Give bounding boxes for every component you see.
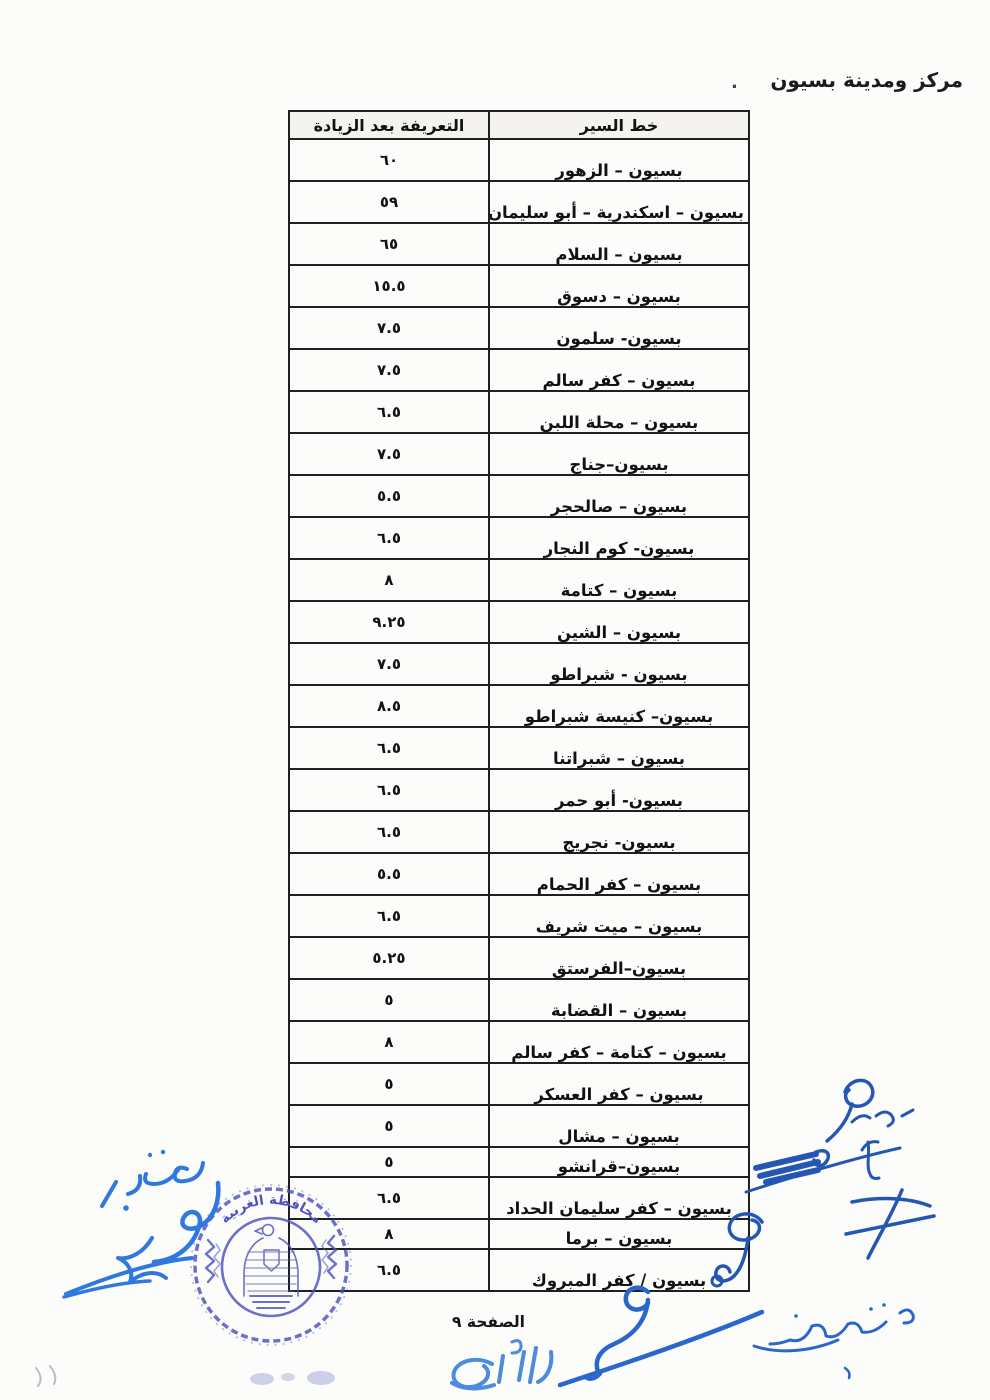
tariff-cell: ٥.٥: [289, 853, 489, 895]
route-cell: بسيون – كفر العسكر: [489, 1063, 749, 1105]
tariff-cell: ٨: [289, 1021, 489, 1063]
tariff-cell: ٥.٢٥: [289, 937, 489, 979]
tariff-cell: ٧.٥: [289, 433, 489, 475]
route-cell: بسيون – كفر سالم: [489, 349, 749, 391]
table-row: بسيون – محلة اللبن ٦.٥: [289, 391, 749, 433]
tariff-cell: ٩.٢٥: [289, 601, 489, 643]
route-cell: بسيون – صالحجر: [489, 475, 749, 517]
table-row: بسيون – كتامة ٨: [289, 559, 749, 601]
table-row: بسيون – اسكندرية – أبو سليمان ٥٩: [289, 181, 749, 223]
table-row: بسيون- سلمون ٧.٥: [289, 307, 749, 349]
route-cell: بسيون – الشين: [489, 601, 749, 643]
table-row: بسيون- كوم النجار ٦.٥: [289, 517, 749, 559]
route-cell: بسيون – كفر الحمام: [489, 853, 749, 895]
tariff-cell: ٥: [289, 1105, 489, 1147]
tariff-cell: ٦.٥: [289, 391, 489, 433]
tariff-cell: ٨: [289, 559, 489, 601]
pencil-mark: [36, 1366, 55, 1386]
tariff-cell: ٦.٥: [289, 769, 489, 811]
table-row: بسيون – كفر العسكر ٥: [289, 1063, 749, 1105]
table-row: بسيون – كفر الحمام ٥.٥: [289, 853, 749, 895]
table-row: بسيون - شبراطو ٧.٥: [289, 643, 749, 685]
table-row: بسيون – كتامة – كفر سالم ٨: [289, 1021, 749, 1063]
header-row: خط السير التعريفة بعد الزيادة: [289, 111, 749, 139]
table-row: بسيون – صالحجر ٥.٥: [289, 475, 749, 517]
tariff-cell: ٦٥: [289, 223, 489, 265]
table-row: بسيون – كفر سليمان الحداد ٦.٥: [289, 1177, 749, 1219]
tariff-table-header: خط السير التعريفة بعد الزيادة: [289, 111, 749, 139]
route-cell: بسيون–جناج: [489, 433, 749, 475]
tariff-cell: ٥.٥: [289, 475, 489, 517]
route-cell: بسيون- نجريج: [489, 811, 749, 853]
table-row: بسيون – الشين ٩.٢٥: [289, 601, 749, 643]
signature-bottom-left-name: [452, 1341, 551, 1389]
table-row: بسيون – برما ٨: [289, 1219, 749, 1249]
tariff-cell: ٥٩: [289, 181, 489, 223]
tariff-cell: ٦.٥: [289, 811, 489, 853]
table-row: بسيون- أبو حمر ٦.٥: [289, 769, 749, 811]
route-cell: بسيون – كتامة: [489, 559, 749, 601]
route-cell: بسيون–قرانشو: [489, 1147, 749, 1177]
route-cell: بسيون – شبراتنا: [489, 727, 749, 769]
table-row: بسيون – ميت شريف ٦.٥: [289, 895, 749, 937]
route-cell: بسيون–الفرستق: [489, 937, 749, 979]
route-cell: بسيون – برما: [489, 1219, 749, 1249]
tariff-cell: ٥: [289, 1063, 489, 1105]
table-row: بسيون– كنيسة شبراطو ٨.٥: [289, 685, 749, 727]
tariff-table-body: بسيون – الزهور ٦٠ بسيون – اسكندرية – أبو…: [289, 139, 749, 1291]
table-row: بسيون–قرانشو ٥: [289, 1147, 749, 1177]
route-cell: بسيون – السلام: [489, 223, 749, 265]
tariff-cell: ٦.٥: [289, 1249, 489, 1291]
route-cell: بسيون – القضابة: [489, 979, 749, 1021]
table-row: بسيون – الزهور ٦٠: [289, 139, 749, 181]
tariff-cell: ٨.٥: [289, 685, 489, 727]
table-row: بسيون – السلام ٦٥: [289, 223, 749, 265]
tariff-column-header: التعريفة بعد الزيادة: [289, 111, 489, 139]
route-cell: بسيون – دسوق: [489, 265, 749, 307]
route-cell: بسيون – اسكندرية – أبو سليمان: [489, 181, 749, 223]
tariff-table: خط السير التعريفة بعد الزيادة بسيون – ال…: [288, 110, 750, 1292]
signature-left: [64, 1150, 218, 1297]
tariff-cell: ٥: [289, 979, 489, 1021]
route-cell: بسيون / كفر المبروك: [489, 1249, 749, 1291]
table-row: بسيون – كفر سالم ٧.٥: [289, 349, 749, 391]
route-cell: بسيون – الزهور: [489, 139, 749, 181]
title-period: .: [731, 72, 738, 93]
tariff-cell: ٦.٥: [289, 517, 489, 559]
route-cell: بسيون – محلة اللبن: [489, 391, 749, 433]
tariff-cell: ٧.٥: [289, 349, 489, 391]
page-title: مركز ومدينة بسيون: [770, 68, 963, 92]
tariff-cell: ٧.٥: [289, 643, 489, 685]
page-number: الصفحة ٩: [452, 1313, 536, 1331]
tariff-cell: ٨: [289, 1219, 489, 1249]
table-row: بسيون / كفر المبروك ٦.٥: [289, 1249, 749, 1291]
table-row: بسيون–الفرستق ٥.٢٥: [289, 937, 749, 979]
tariff-cell: ٦٠: [289, 139, 489, 181]
route-cell: بسيون- أبو حمر: [489, 769, 749, 811]
route-cell: بسيون – مشال: [489, 1105, 749, 1147]
route-cell: بسيون – كفر سليمان الحداد: [489, 1177, 749, 1219]
tariff-cell: ٦.٥: [289, 1177, 489, 1219]
scanned-document-page: مركز ومدينة بسيون . خط السير التعريفة بع…: [0, 0, 990, 1400]
stamp-ink-smudge: [250, 1371, 335, 1385]
route-cell: بسيون- كوم النجار: [489, 517, 749, 559]
route-cell: بسيون – ميت شريف: [489, 895, 749, 937]
table-row: بسيون – شبراتنا ٦.٥: [289, 727, 749, 769]
tariff-cell: ٧.٥: [289, 307, 489, 349]
tariff-cell: ١٥.٥: [289, 265, 489, 307]
tariff-cell: ٦.٥: [289, 895, 489, 937]
table-row: بسيون – القضابة ٥: [289, 979, 749, 1021]
route-cell: بسيون - شبراطو: [489, 643, 749, 685]
signature-center: [560, 1288, 913, 1385]
table-row: بسيون – مشال ٥: [289, 1105, 749, 1147]
table-row: بسيون- نجريج ٦.٥: [289, 811, 749, 853]
tariff-cell: ٥: [289, 1147, 489, 1177]
table-row: بسيون – دسوق ١٥.٥: [289, 265, 749, 307]
route-cell: بسيون – كتامة – كفر سالم: [489, 1021, 749, 1063]
route-cell: بسيون– كنيسة شبراطو: [489, 685, 749, 727]
route-column-header: خط السير: [489, 111, 749, 139]
route-cell: بسيون- سلمون: [489, 307, 749, 349]
tariff-cell: ٦.٥: [289, 727, 489, 769]
table-row: بسيون–جناج ٧.٥: [289, 433, 749, 475]
